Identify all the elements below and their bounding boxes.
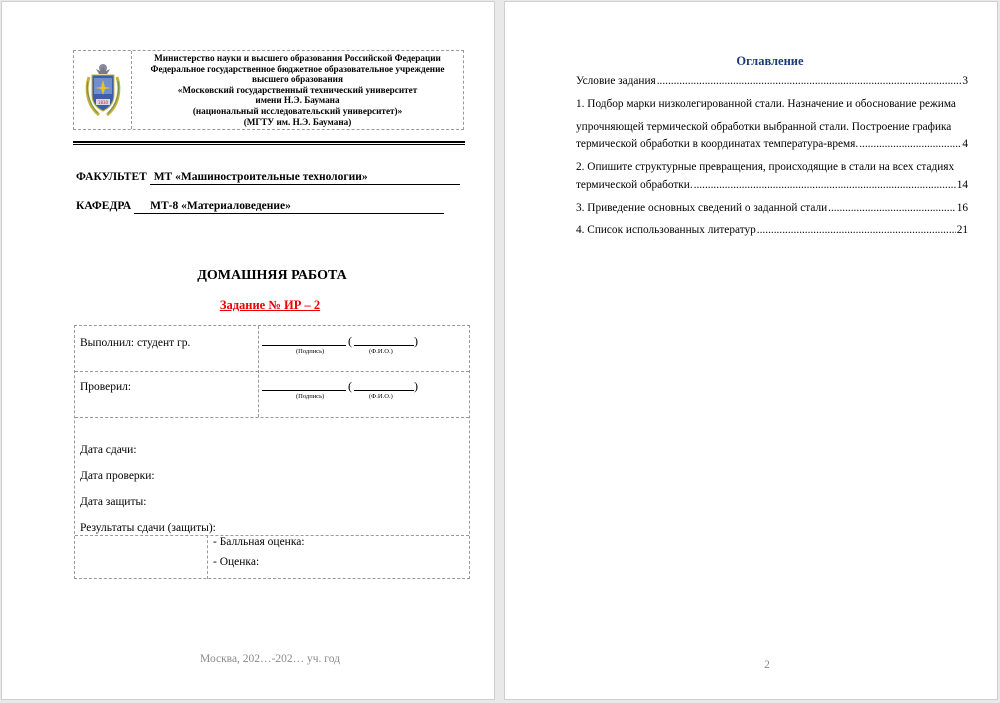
score-label: - Балльная оценка: [213,536,305,548]
paren: ) [414,334,418,349]
city-year-footer: Москва, 202…-202… уч. год [2,653,538,665]
paren: ( [348,334,352,349]
faculty-row: ФАКУЛЬТЕТ МТ «Машиностроительные техноло… [76,171,460,185]
contents-page: Оглавление Условие задания 3 1. Подбор м… [505,2,997,699]
toc-entry[interactable]: Условие задания 3 [576,75,968,91]
toc-entry-text: Условие задания [576,75,656,87]
table-divider [75,417,469,418]
org-line: (национальный исследовательский универси… [132,106,463,117]
toc-entry[interactable]: термической обработки в координатах темп… [576,138,968,154]
toc-entry-line[interactable]: 1. Подбор марки низколегированной стали.… [576,98,968,114]
header-divider [73,141,465,145]
assignment-number: Задание № ИР – 2 [2,298,538,313]
signature-line [262,390,346,391]
check-date-label: Дата проверки: [80,470,155,482]
signature-caption: (Подпись) [296,348,324,355]
title-page: 1830 Министерство науки и высшего образо… [2,2,494,699]
department-row: КАФЕДРА МТ-8 «Материаловедение» [76,200,444,214]
bmstu-coat-of-arms-icon: 1830 [83,61,123,119]
svg-text:1830: 1830 [97,100,108,105]
faculty-value: МТ «Машиностроительные технологии» [150,171,460,185]
toc-leader-dots [757,224,956,236]
toc-page-number: 21 [957,224,968,236]
toc-title: Оглавление [505,54,1000,69]
org-line: Министерство науки и высшего образования… [132,53,463,64]
logo-cell: 1830 [74,51,132,129]
org-line: Федеральное государственное бюджетное об… [132,64,463,75]
toc-page-number: 4 [962,138,968,150]
toc-entry-line[interactable]: 2. Опишите структурные превращения, прои… [576,161,968,177]
toc-entry[interactable]: термической обработки. 14 [576,179,968,195]
toc-entry-text: термической обработки. [576,179,693,191]
checked-by-signature: ( ) (Подпись) (Ф.И.О.) [262,381,422,405]
signature-table: Выполнил: студент гр. ( ) (Подпись) (Ф.И… [74,325,470,579]
signature-line [262,345,346,346]
page-number: 2 [505,659,1000,671]
table-divider [75,371,469,372]
toc-leader-dots [828,202,956,214]
toc-page-number: 14 [957,179,968,191]
name-line [354,345,414,346]
toc-page-number: 16 [957,202,968,214]
toc-entry-text: 3. Приведение основных сведений о заданн… [576,202,827,214]
organization-name: Министерство науки и высшего образования… [132,51,463,129]
submit-date-label: Дата сдачи: [80,444,137,456]
org-line: (МГТУ им. Н.Э. Баумана) [132,117,463,128]
toc-leader-dots [859,138,961,150]
faculty-label: ФАКУЛЬТЕТ [76,171,147,183]
name-caption: (Ф.И.О.) [369,348,393,355]
results-label: Результаты сдачи (защиты): [80,522,216,534]
defense-date-label: Дата защиты: [80,496,146,508]
paren: ( [348,379,352,394]
toc-entry[interactable]: 4. Список использованных литератур 21 [576,224,968,240]
org-line: высшего образования [132,74,463,85]
performed-by-signature: ( ) (Подпись) (Ф.И.О.) [262,336,422,360]
paren: ) [414,379,418,394]
table-divider [207,535,208,579]
toc-entry-text: 4. Список использованных литератур [576,224,756,236]
org-line: «Московский государственный технический … [132,85,463,96]
document-title: ДОМАШНЯЯ РАБОТА [2,268,542,284]
toc-leader-dots [657,75,962,87]
department-label: КАФЕДРА [76,200,131,212]
signature-caption: (Подпись) [296,393,324,400]
org-line: имени Н.Э. Баумана [132,95,463,106]
department-value: МТ-8 «Материаловедение» [134,200,444,214]
name-line [354,390,414,391]
university-header-box: 1830 Министерство науки и высшего образо… [73,50,464,130]
toc-entry[interactable]: 3. Приведение основных сведений о заданн… [576,202,968,218]
table-divider [258,326,259,417]
toc-entry-line[interactable]: упрочняющей термической обработки выбран… [576,121,968,137]
toc-page-number: 3 [962,75,968,87]
checked-by-label: Проверил: [80,381,131,393]
toc-entry-text: термической обработки в координатах темп… [576,138,858,150]
grade-label: - Оценка: [213,556,259,568]
name-caption: (Ф.И.О.) [369,393,393,400]
performed-by-label: Выполнил: студент гр. [80,337,190,349]
toc-leader-dots [694,179,956,191]
